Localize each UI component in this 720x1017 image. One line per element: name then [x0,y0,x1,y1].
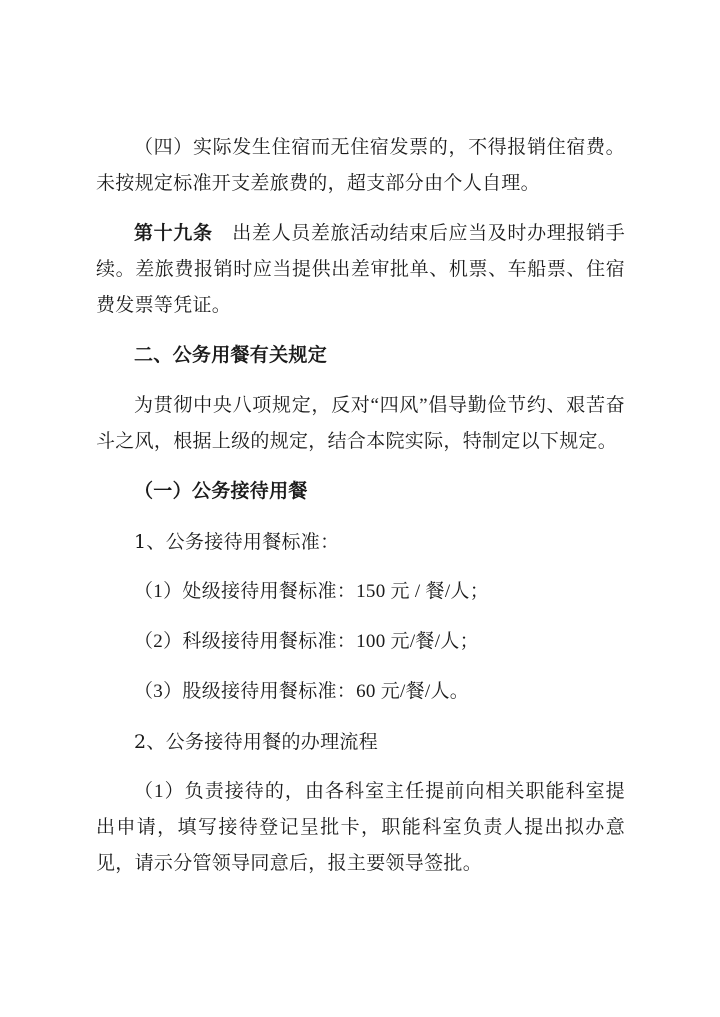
document-page: （四）实际发生住宿而无住宿发票的，不得报销住宿费。未按规定标准开支差旅费的，超支… [0,0,720,1017]
paragraph-approval-process-step-1: （1）负责接待的，由各科室主任提前向相关职能科室提出申请，填写接待登记呈批卡，职… [96,774,625,882]
subsection-heading-reception-dining: （一）公务接待用餐 [96,474,625,510]
paragraph-clause-4: （四）实际发生住宿而无住宿发票的，不得报销住宿费。未按规定标准开支差旅费的，超支… [96,130,625,202]
list-item-standard-chuji: （1）处级接待用餐标准：150 元 / 餐/人； [96,574,625,610]
list-heading-dining-standards: 1、公务接待用餐标准： [96,524,625,560]
article-19-number: 第十九条 [134,223,213,244]
paragraph-policy-intro: 为贯彻中央八项规定，反对“四风”倡导勤俭节约、艰苦奋斗之风，根据上级的规定，结合… [96,388,625,460]
paragraph-article-19: 第十九条 出差人员差旅活动结束后应当及时办理报销手续。差旅费报销时应当提供出差审… [96,216,625,324]
list-heading-approval-process: 2、公务接待用餐的办理流程 [96,724,625,760]
list-item-standard-guji: （3）股级接待用餐标准：60 元/餐/人。 [96,674,625,710]
list-item-standard-keji: （2）科级接待用餐标准：100 元/餐/人； [96,624,625,660]
section-heading-official-dining: 二、公务用餐有关规定 [96,338,625,374]
